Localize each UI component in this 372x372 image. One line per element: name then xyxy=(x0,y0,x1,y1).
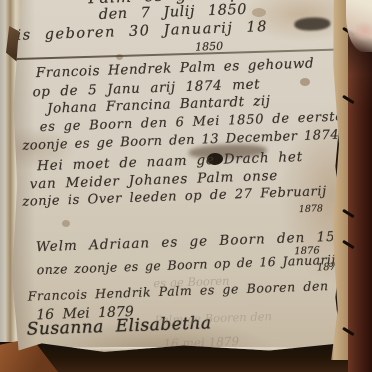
bottom-shadow xyxy=(0,342,372,372)
handwritten-year: 1878 xyxy=(299,203,324,215)
handwritten-year: 1850 xyxy=(195,40,223,54)
handwritten-line: Francois Hendrek Palm es gehouwd xyxy=(36,55,315,81)
handwritten-line: onze zoonje es ge Boorn op de 16 Januari… xyxy=(37,252,336,277)
handwritten-line: is geboren 30 Januarij 18 xyxy=(16,19,268,44)
faint-pencil-line: Palm ge Booren den xyxy=(154,309,272,327)
handwriting-layer: Palm es gedoopt den 7 Julij 1850 is gebo… xyxy=(12,0,342,354)
book-page: Palm es gedoopt den 7 Julij 1850 is gebo… xyxy=(12,0,342,354)
scribbled-out-year xyxy=(294,17,330,31)
book-photo: Palm es gedoopt den 7 Julij 1850 is gebo… xyxy=(0,0,372,372)
book-spine xyxy=(348,0,372,372)
